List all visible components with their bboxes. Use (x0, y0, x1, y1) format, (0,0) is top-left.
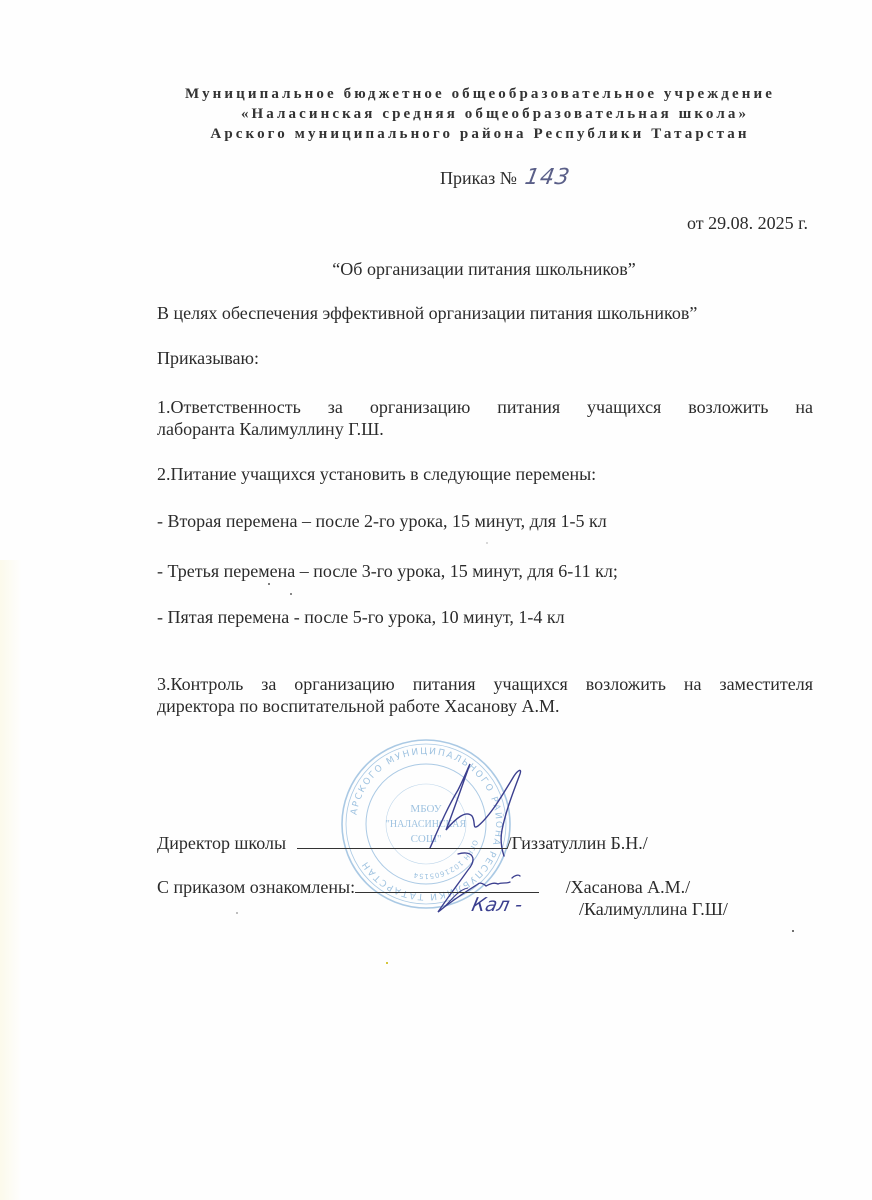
director-signature-line (297, 832, 507, 849)
ack-name-1: /Хасанова А.М./ (566, 877, 691, 897)
acknowledgement-row: С приказом ознакомлены: /Хасанова А.М./ (157, 876, 690, 898)
order-number-handwritten: 143 (523, 167, 572, 189)
handwritten-initials: Кал - (470, 894, 525, 916)
order-title: Приказ № 143 (440, 167, 570, 189)
acknowledgement-signature-line (355, 876, 539, 893)
header-line-2: «Наласинская средняя общеобразовательная… (140, 104, 820, 124)
break-item: - Третья перемена – после 3-го урока, 15… (157, 560, 618, 582)
order-date: от 29.08. 2025 г. (687, 212, 808, 234)
ack-name-2: /Калимуллина Г.Ш/ (579, 898, 728, 920)
order-preamble: В целях обеспечения эффективной организа… (157, 302, 697, 324)
scan-speck (792, 930, 794, 932)
break-item: - Пятая перемена - после 5-го урока, 10 … (157, 606, 565, 628)
acknowledgement-label: С приказом ознакомлены: (157, 877, 355, 897)
header-line-1: Муниципальное бюджетное общеобразователь… (140, 84, 820, 104)
orders-label: Приказываю: (157, 347, 259, 369)
paragraph-1-line-2: лаборанта Калимуллину Г.Ш. (157, 419, 384, 439)
header-line-3: Арского муниципального района Республики… (140, 124, 820, 144)
paragraph-3: 3.Контроль за организацию питания учащих… (157, 673, 813, 717)
paragraph-2: 2.Питание учащихся установить в следующи… (157, 463, 813, 485)
scan-speck (290, 593, 292, 595)
paragraph-1-line-1: 1.Ответственность за организацию питания… (157, 396, 813, 418)
director-signature-row: Директор школы /Гиззатуллин Б.Н./ (157, 832, 648, 854)
paragraph-3-line-2: директора по воспитательной работе Хасан… (157, 696, 560, 716)
scan-edge-tint (0, 560, 22, 1200)
institution-header: Муниципальное бюджетное общеобразователь… (140, 84, 820, 144)
paragraph-1: 1.Ответственность за организацию питания… (157, 396, 813, 440)
break-item: - Вторая перемена – после 2-го урока, 15… (157, 510, 607, 532)
order-title-label: Приказ № (440, 168, 517, 188)
document-page: Муниципальное бюджетное общеобразователь… (0, 0, 872, 1200)
paragraph-3-line-1: 3.Контроль за организацию питания учащих… (157, 673, 813, 695)
scan-speck (386, 962, 388, 964)
order-subject: “Об организации питания школьников” (0, 258, 872, 280)
scan-speck (236, 912, 238, 914)
scan-speck (268, 583, 270, 585)
scan-speck (486, 542, 488, 544)
director-label: Директор школы (157, 833, 286, 853)
